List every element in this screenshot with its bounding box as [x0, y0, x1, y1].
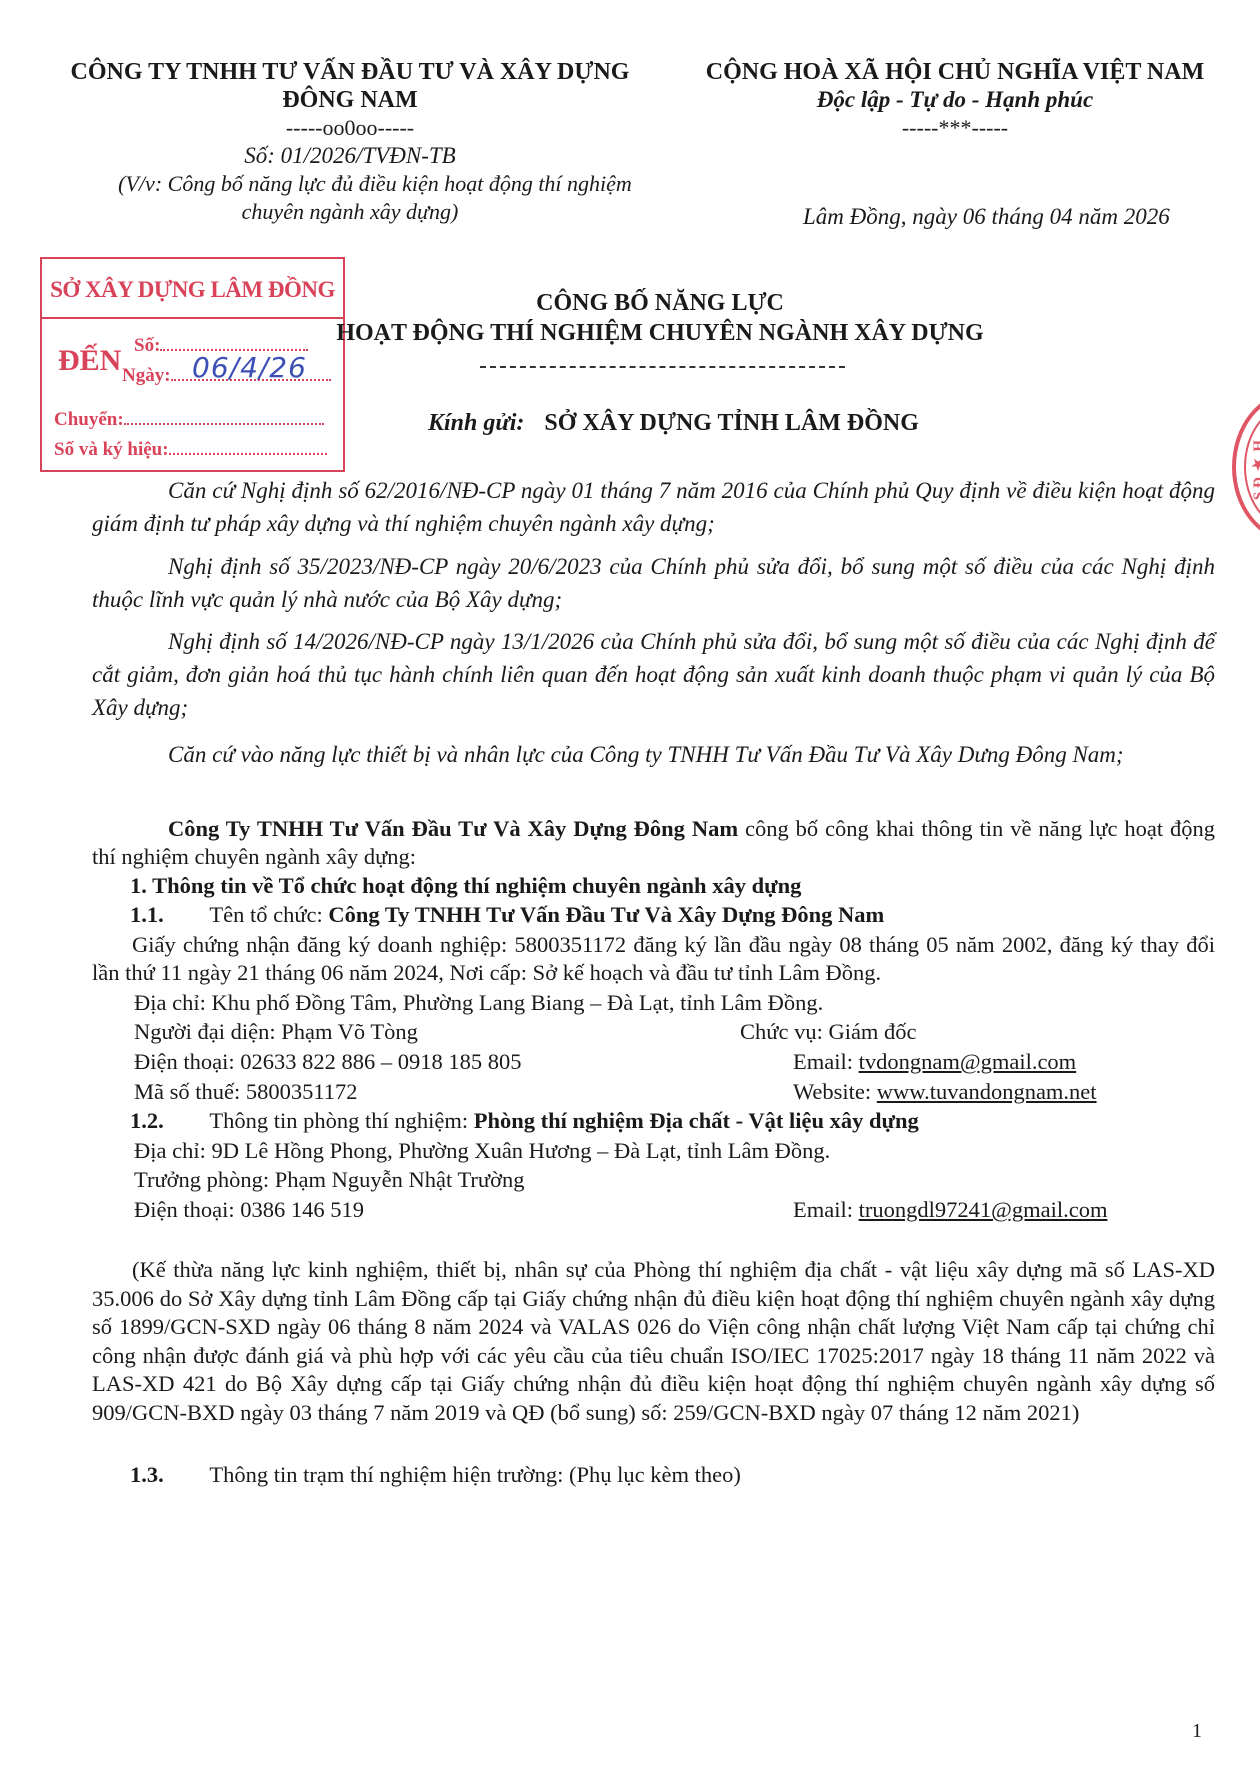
title-divider — [480, 366, 845, 368]
company-name-line2: ĐÔNG NAM — [40, 86, 660, 114]
page-number: 1 — [1192, 1720, 1202, 1743]
laboratory-email-label: Email: — [793, 1197, 859, 1222]
subject-line1: (V/v: Công bố năng lực đủ điều kiện hoạt… — [40, 170, 660, 198]
stamp-chuyen-label: Chuyển: — [54, 409, 124, 430]
stamp-so-ky-hieu-label: Số và ký hiệu: — [54, 439, 169, 460]
intro-company: Công Ty TNHH Tư Vấn Đầu Tư Và Xây Dựng Đ… — [168, 816, 738, 841]
section-1-1-number: 1.1. — [130, 902, 164, 927]
section-1-1: 1.1. Tên tổ chức: Công Ty TNHH Tư Vấn Đầ… — [130, 902, 884, 928]
stamp-ngay-label: Ngày: — [122, 365, 171, 386]
business-registration: Giấy chứng nhận đăng ký doanh nghiệp: 58… — [92, 931, 1215, 987]
laboratory-head: Trưởng phòng: Phạm Nguyễn Nhật Trường — [134, 1167, 525, 1193]
recipient-line: Kính gửi: SỞ XÂY DỰNG TỈNH LÂM ĐỒNG — [428, 410, 919, 437]
organization-address: Địa chỉ: Khu phố Đồng Tâm, Phường Lang B… — [134, 990, 823, 1016]
organization-email-row: Email: tvdongnam@gmail.com — [793, 1049, 1076, 1075]
legal-basis-2: Nghị định số 35/2023/NĐ-CP ngày 20/6/202… — [92, 550, 1215, 616]
inheritance-note: (Kế thừa năng lực kinh nghiệm, thiết bị,… — [92, 1256, 1215, 1427]
section-1-3-number: 1.3. — [130, 1462, 164, 1487]
section-1-2-label: Thông tin phòng thí nghiệm: — [209, 1108, 473, 1133]
recipient-label: Kính gửi: — [428, 410, 524, 436]
website-link[interactable]: www.tuvandongnam.net — [877, 1079, 1097, 1104]
title-line1: CÔNG BỐ NĂNG LỰC — [300, 288, 1020, 318]
stamp-chuyen-line: Chuyển: — [54, 409, 324, 431]
motto-separator: -----***----- — [680, 114, 1230, 142]
stamp-agency: SỞ XÂY DỰNG LÂM ĐỒNG — [42, 277, 343, 303]
document-number: Số: 01/2026/TVĐN-TB — [40, 142, 660, 170]
intro-paragraph: Công Ty TNHH Tư Vấn Đầu Tư Và Xây Dựng Đ… — [92, 815, 1215, 871]
representative: Người đại diện: Phạm Võ Tòng — [134, 1019, 418, 1045]
recipient-name: SỞ XÂY DỰNG TỈNH LÂM ĐỒNG — [544, 410, 918, 436]
nation-name: CỘNG HOÀ XÃ HỘI CHỦ NGHĨA VIỆT NAM — [680, 58, 1230, 86]
seal-text: S.Đ ★ H — [1250, 440, 1260, 500]
section-1-3: 1.3. Thông tin trạm thí nghiệm hiện trườ… — [130, 1462, 741, 1488]
website-row: Website: www.tuvandongnam.net — [793, 1079, 1097, 1105]
legal-basis-1: Căn cứ Nghị định số 62/2016/NĐ-CP ngày 0… — [92, 474, 1215, 540]
subject-line2: chuyên ngành xây dựng) — [40, 198, 660, 226]
section-1-3-text: Thông tin trạm thí nghiệm hiện trường: (… — [209, 1462, 741, 1487]
section-1-2: 1.2. Thông tin phòng thí nghiệm: Phòng t… — [130, 1108, 919, 1134]
official-seal-fragment: S.Đ ★ H — [1232, 392, 1260, 542]
legal-basis-4: Căn cứ vào năng lực thiết bị và nhân lực… — [92, 738, 1215, 771]
laboratory-email-link[interactable]: truongdl97241@gmail.com — [859, 1197, 1108, 1222]
place-date: Lâm Đồng, ngày 06 tháng 04 năm 2026 — [803, 204, 1170, 230]
section-1-2-number: 1.2. — [130, 1108, 164, 1133]
stamp-so-ky-hieu-dots — [169, 439, 327, 455]
company-header: CÔNG TY TNHH TƯ VẤN ĐẦU TƯ VÀ XÂY DỰNG Đ… — [40, 58, 660, 226]
email-label: Email: — [793, 1049, 859, 1074]
organization-email-link[interactable]: tvdongnam@gmail.com — [859, 1049, 1077, 1074]
national-motto: Độc lập - Tự do - Hạnh phúc — [680, 86, 1230, 114]
stamp-handwritten-date: 06/4/26 — [192, 351, 307, 384]
section-1-heading: 1. Thông tin về Tổ chức hoạt động thí ng… — [130, 873, 801, 899]
stamp-chuyen-dots — [124, 409, 324, 425]
website-label: Website: — [793, 1079, 877, 1104]
organization-phone: Điện thoại: 02633 822 886 – 0918 185 805 — [134, 1049, 521, 1075]
tax-code: Mã số thuế: 5800351172 — [134, 1079, 358, 1105]
section-1-1-label: Tên tổ chức: — [209, 902, 328, 927]
laboratory-phone: Điện thoại: 0386 146 519 — [134, 1197, 364, 1223]
stamp-so-dots — [160, 335, 308, 351]
header-separator: -----oo0oo----- — [40, 114, 660, 142]
stamp-so-label: Số: — [134, 335, 160, 356]
company-name-line1: CÔNG TY TNHH TƯ VẤN ĐẦU TƯ VÀ XÂY DỰNG — [40, 58, 660, 86]
national-header: CỘNG HOÀ XÃ HỘI CHỦ NGHĨA VIỆT NAM Độc l… — [680, 58, 1230, 142]
representative-position: Chức vụ: Giám đốc — [740, 1019, 917, 1045]
stamp-so-ky-hieu-line: Số và ký hiệu: — [54, 439, 327, 461]
laboratory-address: Địa chỉ: 9D Lê Hồng Phong, Phường Xuân H… — [134, 1138, 830, 1164]
stamp-den-label: ĐẾN — [58, 344, 121, 378]
laboratory-email-row: Email: truongdl97241@gmail.com — [793, 1197, 1107, 1223]
title-line2: HOẠT ĐỘNG THÍ NGHIỆM CHUYÊN NGÀNH XÂY DỰ… — [300, 318, 1020, 348]
laboratory-name: Phòng thí nghiệm Địa chất - Vật liệu xây… — [474, 1108, 919, 1133]
document-title: CÔNG BỐ NĂNG LỰC HOẠT ĐỘNG THÍ NGHIỆM CH… — [300, 288, 1020, 348]
organization-name: Công Ty TNHH Tư Vấn Đầu Tư Và Xây Dựng Đ… — [328, 902, 884, 927]
legal-basis-3: Nghị định số 14/2026/NĐ-CP ngày 13/1/202… — [92, 625, 1215, 724]
